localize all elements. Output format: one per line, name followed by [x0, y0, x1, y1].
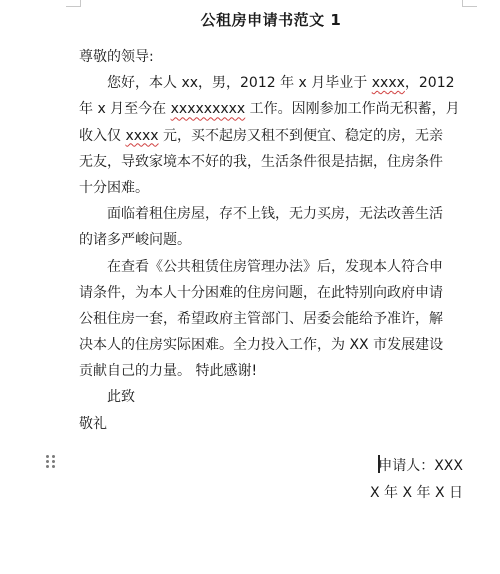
handle-dot: [52, 465, 55, 468]
paragraph-3-line-1: 在查看《公共租赁住房管理办法》后，发现本人符合申: [79, 254, 463, 280]
paragraph-3-line-3: 公租住房一套，希望政府主管部门、居委会能给予准许，解: [79, 306, 463, 332]
handle-dot: [52, 460, 55, 463]
closing-line-2: 敬礼: [79, 411, 463, 437]
paragraph-1-line-3: 收入仅 xxxx 元，买不起房又租不到便宜、稳定的房，无亲: [79, 123, 463, 149]
text-run: 年 x 月至今在: [79, 101, 171, 117]
signature-date: X 年 X 年 X 日: [370, 480, 463, 507]
spellcheck-flagged-word[interactable]: xxxx: [372, 75, 405, 91]
text-run: 您好，本人 xx，男，2012 年 x 月毕业于: [107, 75, 372, 91]
applicant-name: 申请人：XXX: [378, 458, 463, 474]
handle-dot: [52, 455, 55, 458]
paragraph-3-line-2: 请条件，为本人十分困难的住房问题，在此特别向政府申请: [79, 280, 463, 306]
salutation: 尊敬的领导:: [79, 44, 463, 70]
text-run: ，2012: [405, 75, 455, 91]
text-run: 收入仅: [79, 128, 125, 144]
closing-line-1: 此致: [79, 384, 463, 410]
page-corner-mark-left: [66, 0, 81, 7]
paragraph-2-line-2: 的诸多严峻问题。: [79, 227, 463, 253]
paragraph-1-line-2: 年 x 月至今在 xxxxxxxxx 工作。因刚参加工作尚无积蓄，月: [79, 96, 463, 122]
paragraph-3-line-4: 决本人的住房实际困难。全力投入工作，为 XX 市发展建设: [79, 332, 463, 358]
page-corner-mark-right: [462, 0, 477, 7]
paragraph-1-line-5: 十分困难。: [79, 175, 463, 201]
handle-dot: [46, 455, 49, 458]
spellcheck-flagged-word[interactable]: xxxx: [125, 128, 158, 144]
document-body[interactable]: 尊敬的领导: 您好，本人 xx，男，2012 年 x 月毕业于 xxxx，201…: [79, 44, 463, 437]
paragraph-1-line-4: 无友，导致家境本不好的我，生活条件很是拮据，住房条件: [79, 149, 463, 175]
paragraph-1-line-1: 您好，本人 xx，男，2012 年 x 月毕业于 xxxx，2012: [79, 70, 463, 96]
paragraph-2-line-1: 面临着租住房屋，存不上钱，无力买房，无法改善生活: [79, 201, 463, 227]
signature-block: 申请人：XXX X 年 X 年 X 日: [370, 453, 463, 507]
spellcheck-flagged-word[interactable]: xxxxxxxxx: [171, 101, 246, 117]
handle-dot: [46, 465, 49, 468]
text-run: 工作。因刚参加工作尚无积蓄，月: [245, 101, 459, 117]
text-run: 元，买不起房又租不到便宜、稳定的房，无亲: [159, 128, 443, 144]
handle-dot: [46, 460, 49, 463]
document-title: 公租房申请书范文 1: [79, 10, 463, 30]
paragraph-3-line-5: 贡献自己的力量。 特此感谢!: [79, 358, 463, 384]
applicant-line[interactable]: 申请人：XXX: [370, 453, 463, 480]
drag-handle-icon[interactable]: [46, 455, 56, 469]
